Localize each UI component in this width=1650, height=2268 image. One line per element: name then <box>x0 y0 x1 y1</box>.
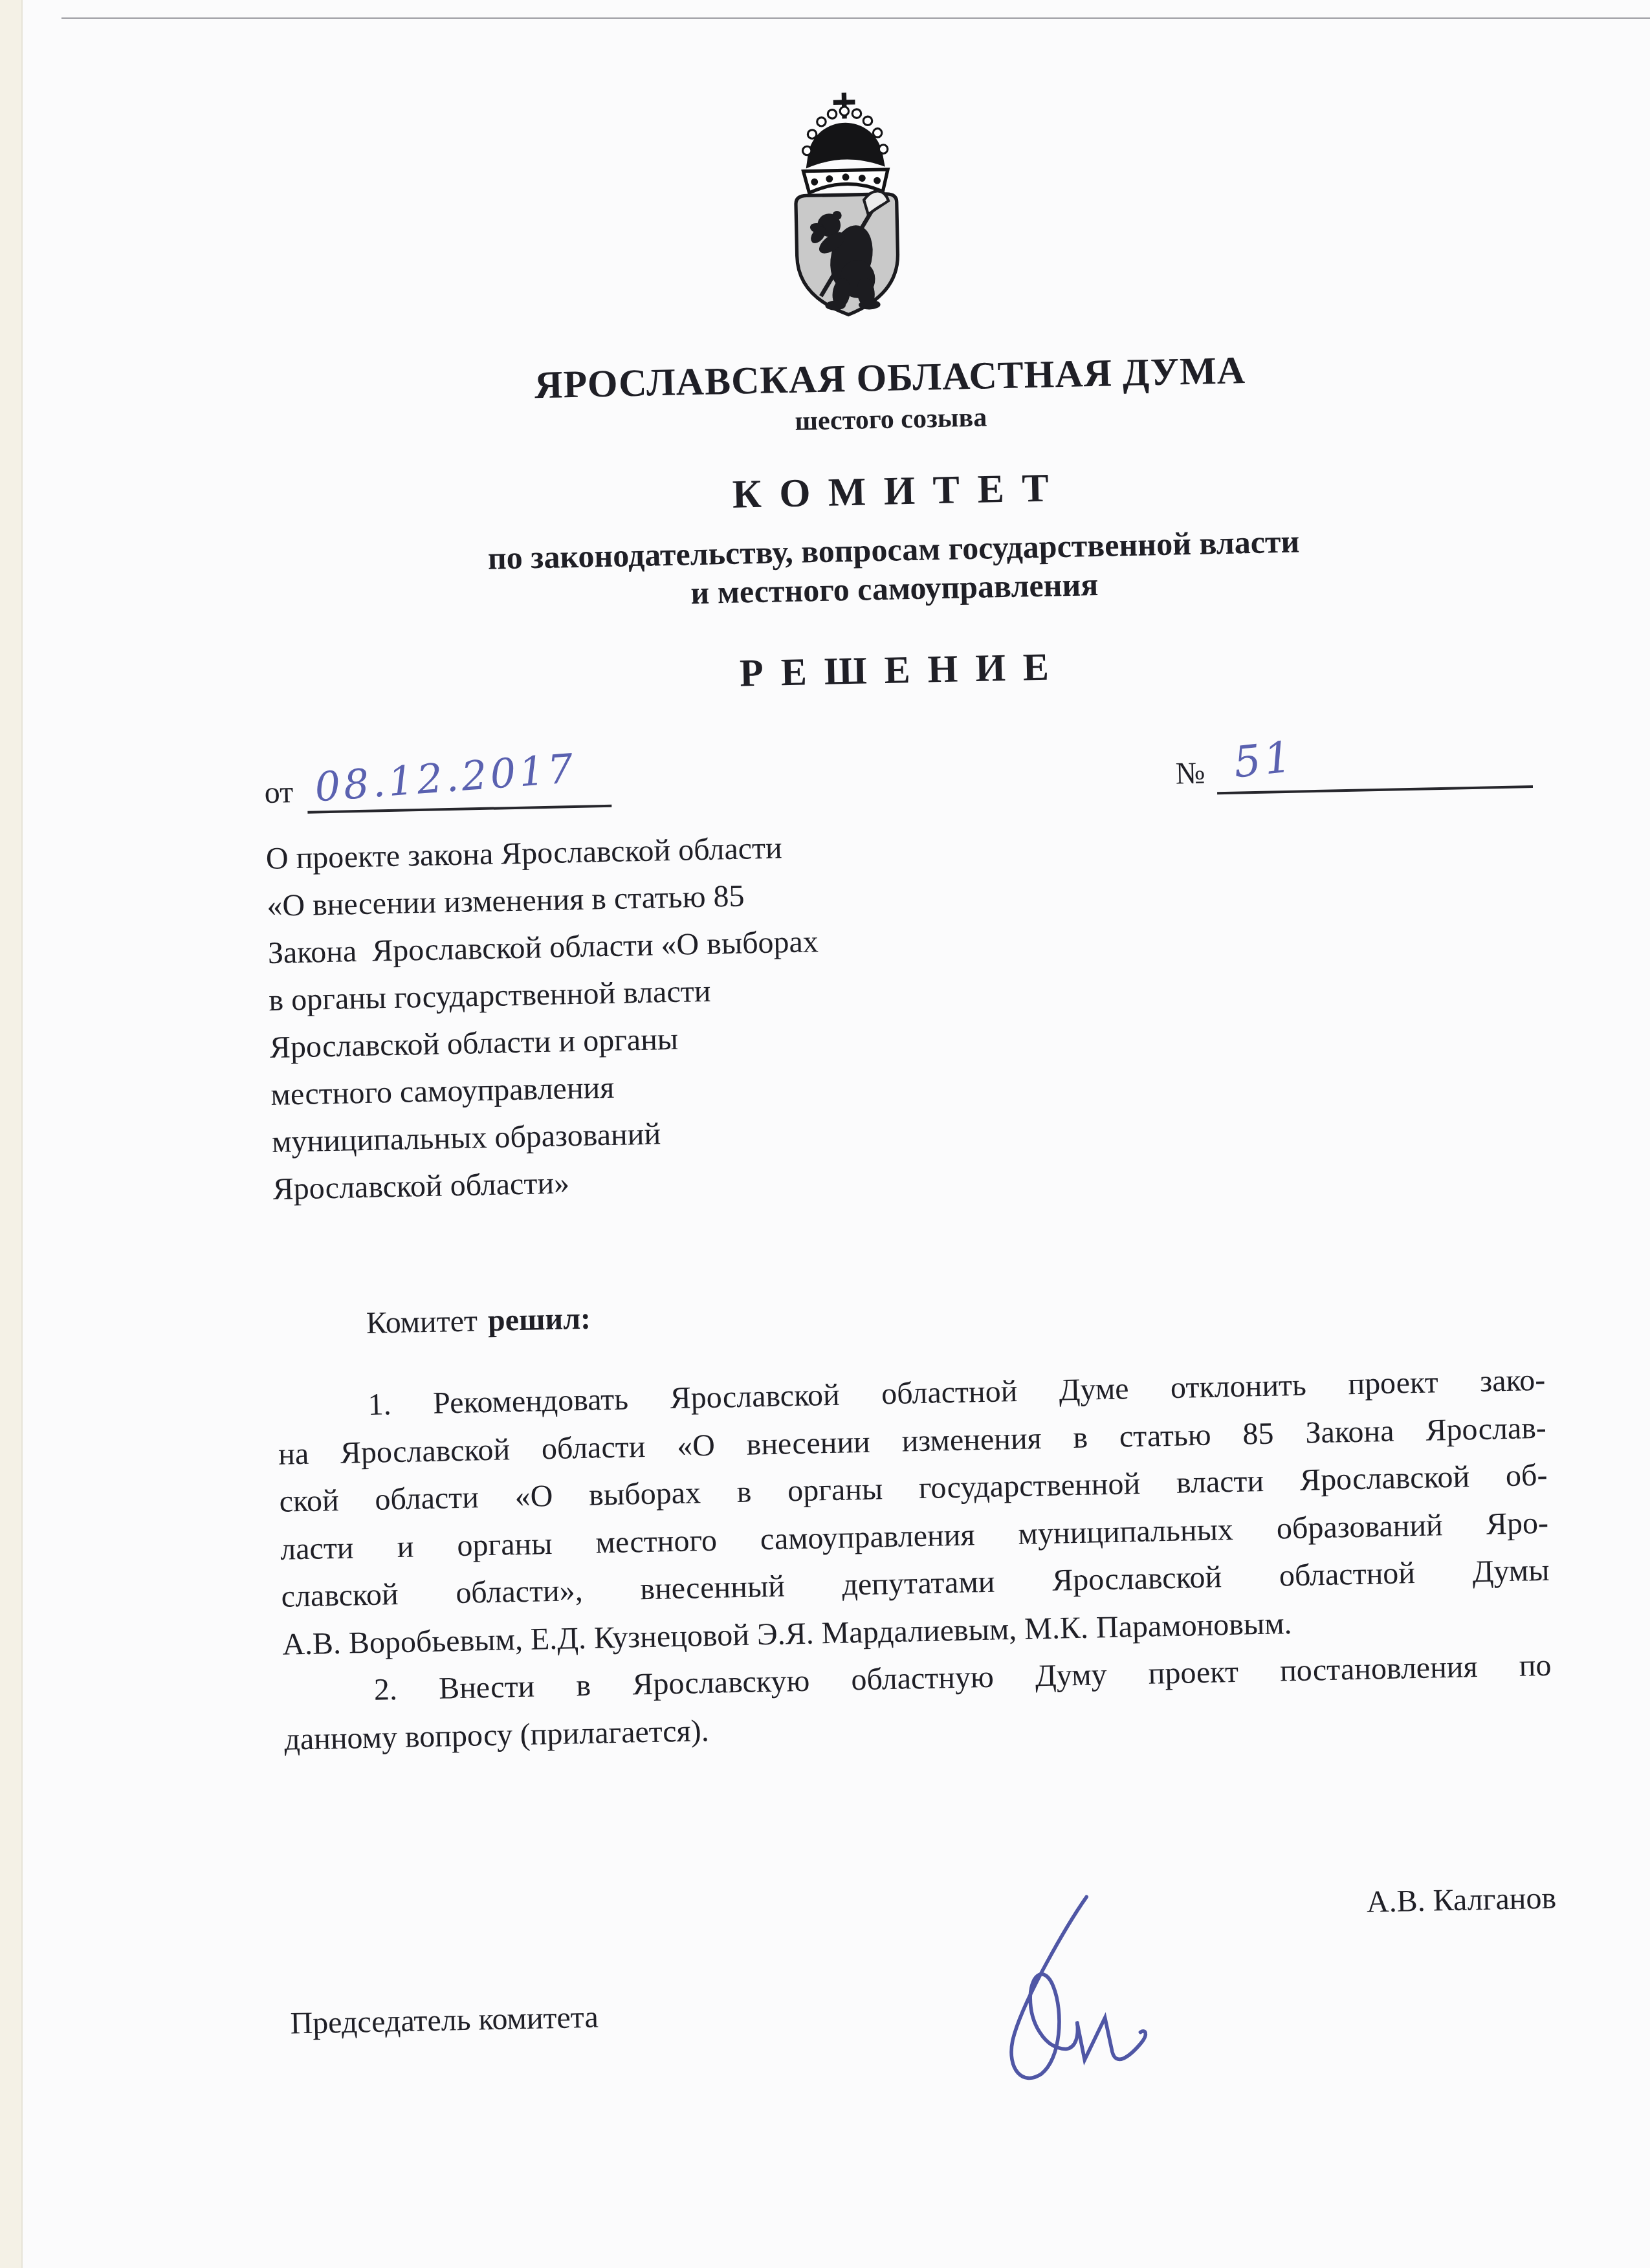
crown-dome <box>805 122 885 168</box>
handwritten-signature <box>908 1849 1192 2140</box>
yaroslavl-coat-of-arms-icon <box>208 0 1483 360</box>
document-type-title: Р Е Ш Е Н И Е <box>262 635 1531 706</box>
resolution-body: 1. Рекомендовать Ярославской областной Д… <box>277 1357 1553 1763</box>
number-sign-label: № <box>1175 756 1205 796</box>
handwritten-date: 08.12.2017 <box>313 745 578 811</box>
number-underline: 51 <box>1216 730 1533 794</box>
resolution-intro-verb: решил: <box>487 1302 591 1338</box>
resolution-intro: Комитетрешил: <box>275 1281 1544 1343</box>
date-number-row: от 08.12.2017 № 51 <box>264 730 1533 814</box>
date-group: от 08.12.2017 <box>264 749 612 814</box>
document-page: ЯРОСЛАВСКАЯ ОБЛАСТНАЯ ДУМА шестого созыв… <box>0 0 1650 2126</box>
signature-row: Председатель комитета А.В. Калганов <box>288 1900 1560 2121</box>
chairman-name: А.В. Калганов <box>1366 1881 1556 1920</box>
handwritten-number: 51 <box>1231 732 1297 788</box>
date-prefix-label: от <box>264 774 294 814</box>
committee-title: К О М И Т Е Т <box>258 455 1527 528</box>
date-underline: 08.12.2017 <box>307 749 612 814</box>
resolution-intro-prefix: Комитет <box>366 1303 478 1340</box>
committee-description: по законодательству, вопросам государств… <box>259 517 1529 621</box>
chairman-position-label: Председатель комитета <box>290 1999 599 2041</box>
number-group: № 51 <box>1174 730 1533 796</box>
subject-block: О проекте закона Ярославской области «О … <box>265 821 959 1213</box>
